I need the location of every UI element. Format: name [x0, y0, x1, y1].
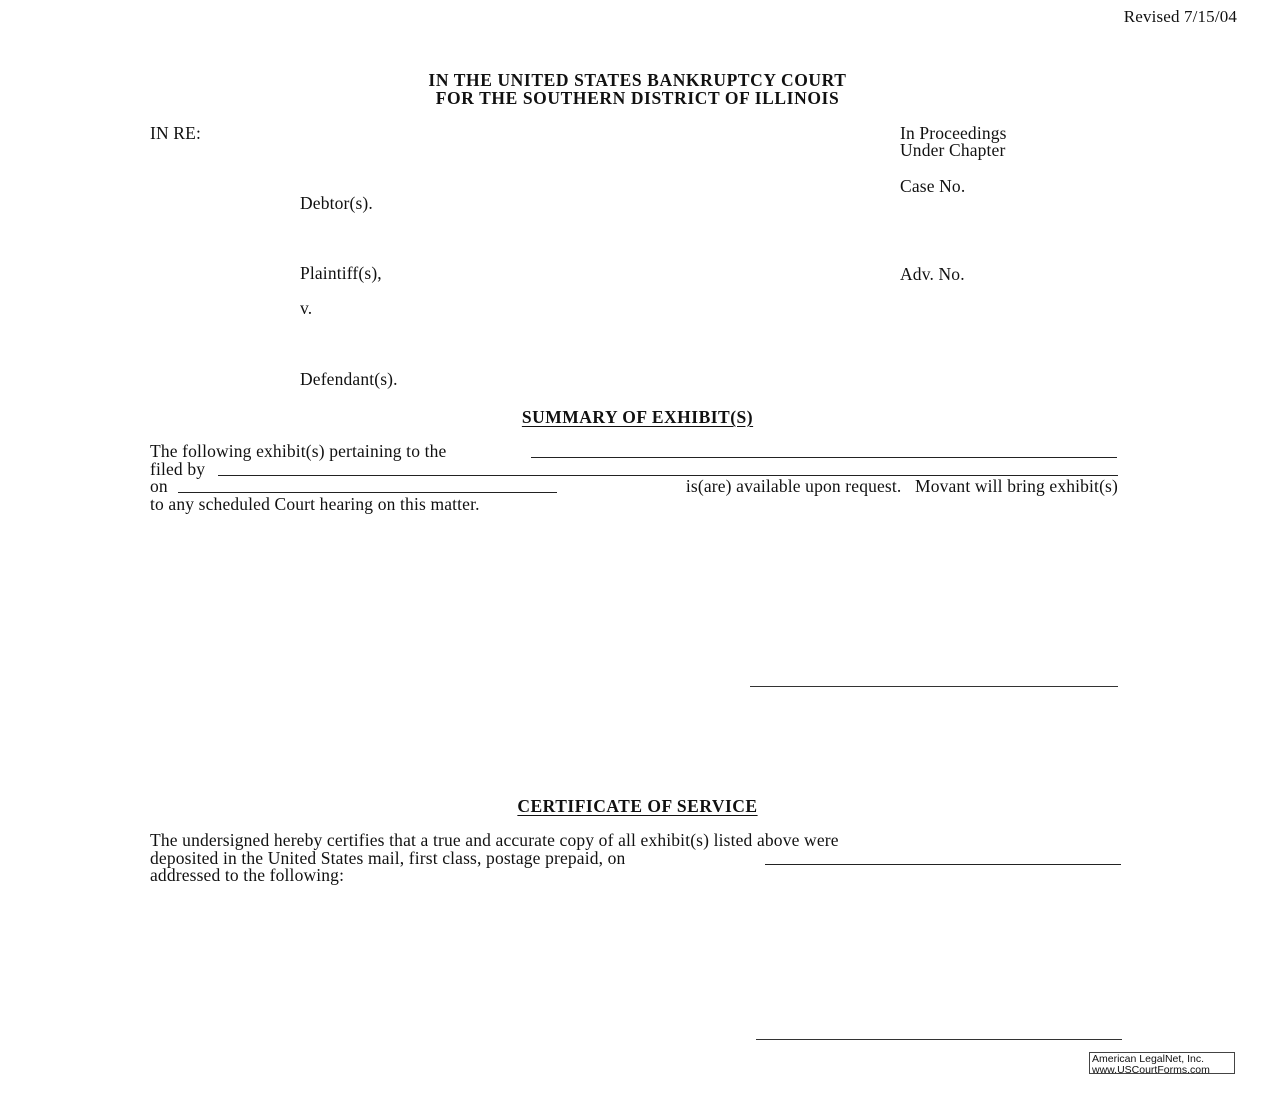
summary-line4: to any scheduled Court hearing on this m…	[150, 496, 480, 514]
revision-date: Revised 7/15/04	[1124, 8, 1237, 26]
publisher-url: www.USCourtForms.com	[1092, 1065, 1234, 1076]
debtor-label: Debtor(s).	[300, 195, 373, 213]
versus-label: v.	[300, 300, 312, 318]
summary-heading: SUMMARY OF EXHIBIT(S)	[0, 407, 1275, 428]
addressees-area[interactable]	[150, 895, 1118, 1015]
certificate-line3: addressed to the following:	[150, 867, 344, 885]
summary-line3-prefix: on	[150, 478, 168, 496]
certificate-heading: CERTIFICATE OF SERVICE	[0, 796, 1275, 817]
summary-line3-suffix: is(are) available upon request. Movant w…	[558, 478, 1118, 496]
summary-signature-line[interactable]	[750, 686, 1118, 687]
pleading-title-field[interactable]	[531, 457, 1117, 458]
publisher-name: American LegalNet, Inc.	[1092, 1054, 1234, 1065]
certificate-line1: The undersigned hereby certifies that a …	[150, 832, 839, 850]
defendant-label: Defendant(s).	[300, 371, 398, 389]
court-title-line2: FOR THE SOUTHERN DISTRICT OF ILLINOIS	[0, 89, 1275, 107]
court-title-line1: IN THE UNITED STATES BANKRUPTCY COURT	[0, 71, 1275, 89]
certificate-signature-line[interactable]	[756, 1039, 1122, 1040]
in-re-label: IN RE:	[150, 125, 201, 143]
mailing-date-field[interactable]	[765, 864, 1121, 865]
proceedings-label-line2: Under Chapter	[900, 142, 1005, 160]
case-number-label: Case No.	[900, 178, 965, 196]
summary-line1-prefix: The following exhibit(s) pertaining to t…	[150, 441, 446, 461]
publisher-footer: American LegalNet, Inc. www.USCourtForms…	[1089, 1052, 1235, 1074]
plaintiff-label: Plaintiff(s),	[300, 265, 382, 283]
adversary-number-label: Adv. No.	[900, 266, 965, 284]
filed-on-date-field[interactable]	[178, 492, 557, 493]
